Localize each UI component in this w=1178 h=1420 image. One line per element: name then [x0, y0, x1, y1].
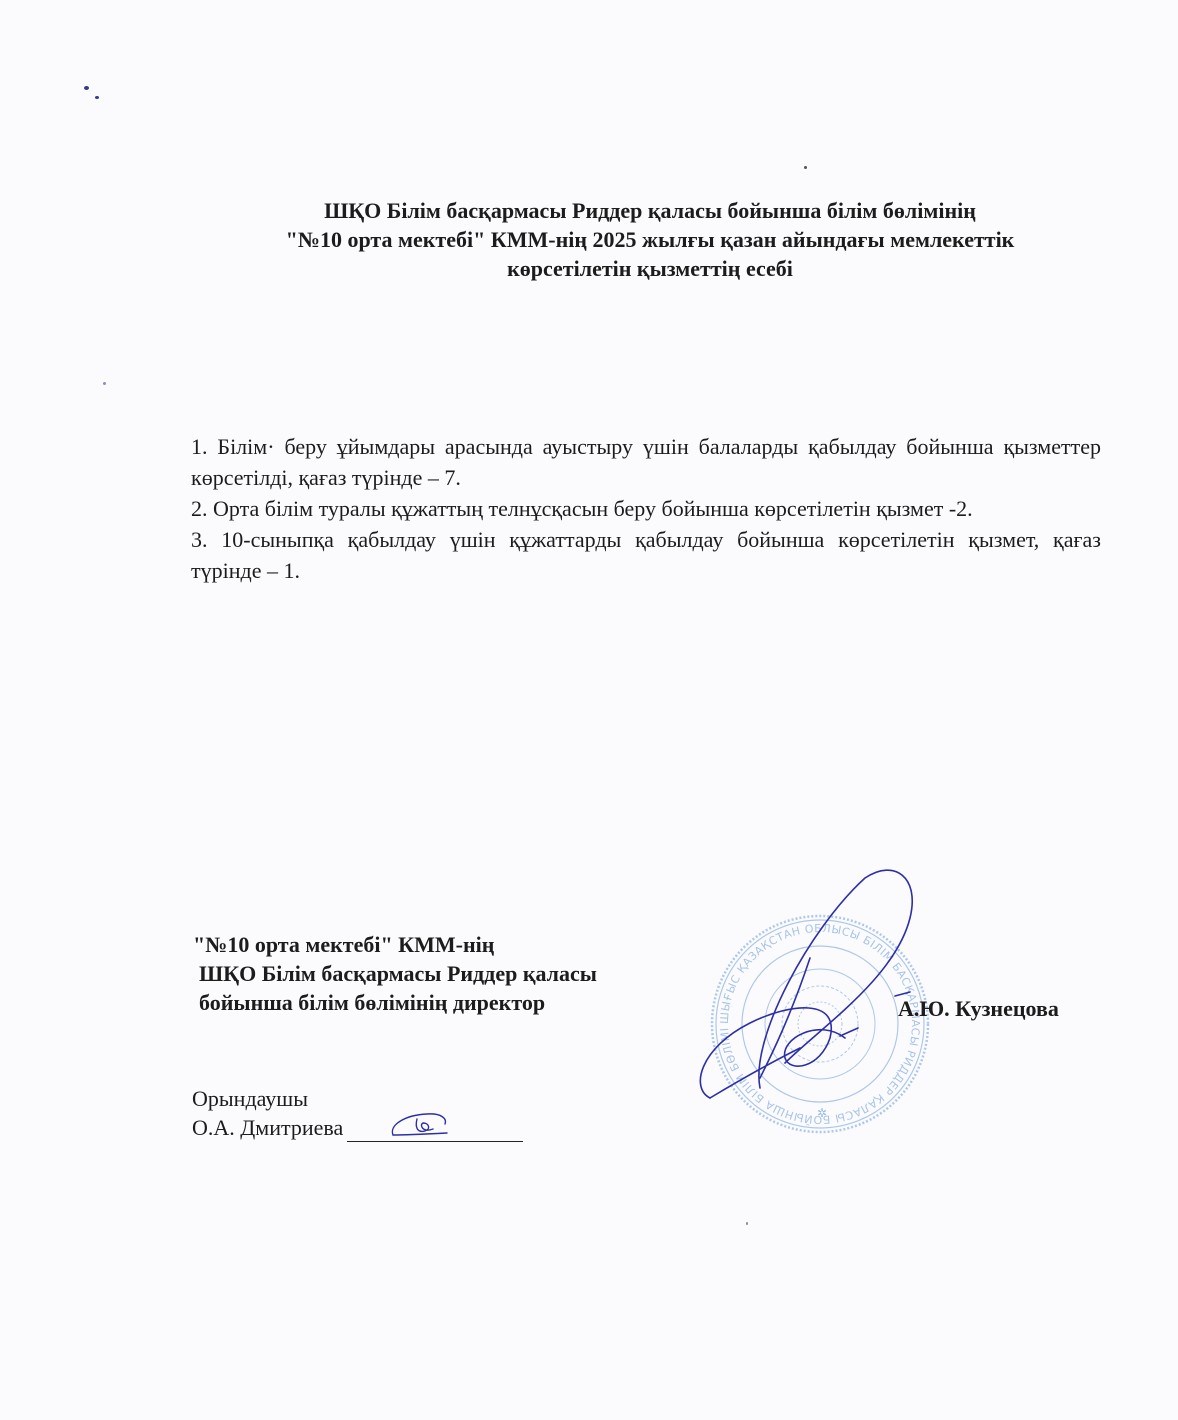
document-title: ШҚО Білім басқармасы Риддер қаласы бойын… [180, 196, 1120, 283]
signer-line-1: "№10 орта мектебі" КММ-нің [193, 930, 597, 959]
scan-speck [804, 166, 807, 169]
signer-line-3: бойынша білім бөлімінің директор [193, 988, 597, 1017]
scan-speck [84, 86, 89, 90]
report-item-2: 2. Орта білім туралы құжаттың телнұсқасы… [191, 493, 1101, 524]
executor-name: О.А. Дмитриева [192, 1113, 343, 1142]
title-line-2: "№10 орта мектебі" КММ-нің 2025 жылғы қа… [180, 225, 1120, 254]
scan-speck [95, 96, 99, 99]
report-item-3: 3. 10-сыныпқа қабылдау үшін құжаттарды қ… [191, 524, 1101, 586]
executor-signature-line [347, 1119, 523, 1142]
executor-signature-icon [387, 1109, 457, 1139]
director-name: А.Ю. Кузнецова [898, 996, 1059, 1022]
executor-label: Орындаушы [192, 1084, 523, 1113]
scan-speck [103, 382, 106, 385]
document-page: ШҚО Білім басқармасы Риддер қаласы бойын… [0, 0, 1178, 1420]
executor-block: Орындаушы О.А. Дмитриева [192, 1084, 523, 1142]
title-line-1: ШҚО Білім басқармасы Риддер қаласы бойын… [180, 196, 1120, 225]
report-items: 1. Білім· беру ұйымдары арасында ауыстыр… [191, 431, 1101, 586]
title-line-3: көрсетілетін қызметтің есебі [180, 254, 1120, 283]
scan-speck [746, 1222, 748, 1225]
signer-line-2: ШҚО Білім басқармасы Риддер қаласы [193, 959, 597, 988]
director-signature-icon [690, 868, 950, 1108]
signer-position: "№10 орта мектебі" КММ-нің ШҚО Білім бас… [193, 930, 597, 1017]
svg-text:✲: ✲ [817, 1106, 827, 1120]
report-item-1: 1. Білім· беру ұйымдары арасында ауыстыр… [191, 431, 1101, 493]
